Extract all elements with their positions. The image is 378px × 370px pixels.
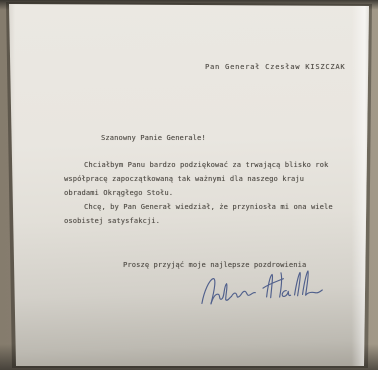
- paragraph1-line1: Chciałbym Panu bardzo podziękować za trw…: [84, 160, 328, 170]
- paragraph2-line1: Chcę, by Pan Generał wiedział, że przyni…: [84, 202, 333, 212]
- paragraph1-line3: obradami Okrągłego Stołu.: [64, 188, 173, 198]
- recipient-line: Pan Generał Czesław KISZCZAK: [205, 62, 345, 72]
- salutation-line: Szanowny Panie Generale!: [101, 133, 206, 143]
- letter-photo: Pan Generał Czesław KISZCZAK Szanowny Pa…: [0, 0, 378, 370]
- paragraph1-line2: współpracę zapoczątkowaną tak ważnymi dl…: [64, 174, 304, 184]
- paragraph2-line2: osobistej satysfakcji.: [64, 216, 160, 226]
- letter-paper: Pan Generał Czesław KISZCZAK Szanowny Pa…: [0, 0, 378, 370]
- signature-handwriting-icon: [198, 269, 332, 307]
